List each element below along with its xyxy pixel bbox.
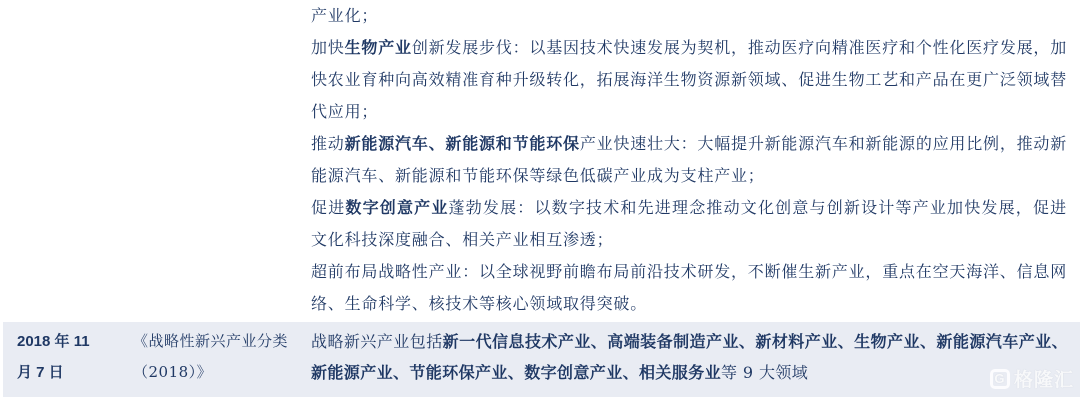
- document-title-line-2: （2018）》: [133, 357, 308, 388]
- text-run: 等 9 大领域: [721, 363, 808, 382]
- text-run: 加快: [311, 38, 345, 57]
- text-run: 创新发展步伐：以基因技术快速发展为契机，推动医疗向精准医疗和个性化医疗发展，加快…: [311, 38, 1067, 121]
- date-line-1: 2018 年 11: [17, 326, 127, 357]
- bold-term: 新能源汽车、新能源和节能环保: [345, 134, 580, 153]
- document-title-cell: 《战略性新兴产业分类 （2018）》: [133, 326, 308, 388]
- policy-table-page: 产业化； 加快生物产业创新发展步伐：以基因技术快速发展为契机，推动医疗向精准医疗…: [0, 0, 1080, 397]
- policy-paragraph: 产业化；: [311, 0, 1067, 32]
- policy-content-cell-continued: 产业化； 加快生物产业创新发展步伐：以基因技术快速发展为契机，推动医疗向精准医疗…: [311, 0, 1067, 320]
- text-run: 战略新兴产业包括: [311, 332, 443, 351]
- policy-paragraph: 加快生物产业创新发展步伐：以基因技术快速发展为契机，推动医疗向精准医疗和个性化医…: [311, 32, 1067, 128]
- text-run: 推动: [311, 134, 345, 153]
- text-run: 产业化；: [311, 6, 378, 25]
- bold-term: 生物产业: [345, 38, 412, 57]
- table-row-continued: 产业化； 加快生物产业创新发展步伐：以基因技术快速发展为契机，推动医疗向精准医疗…: [0, 0, 1080, 322]
- date-cell: 2018 年 11 月 7 日: [17, 326, 127, 388]
- policy-content-cell: 战略新兴产业包括新一代信息技术产业、高端装备制造产业、新材料产业、生物产业、新能…: [311, 326, 1068, 388]
- text-run: 促进: [311, 198, 345, 217]
- date-line-2: 月 7 日: [17, 357, 127, 388]
- table-row-2018: 2018 年 11 月 7 日 《战略性新兴产业分类 （2018）》 战略新兴产…: [0, 322, 1080, 397]
- bold-term: 数字创意产业: [345, 198, 448, 217]
- policy-paragraph: 超前布局战略性产业：以全球视野前瞻布局前沿技术研发，不断催生新产业，重点在空天海…: [311, 256, 1067, 320]
- document-title-line-1: 《战略性新兴产业分类: [133, 326, 308, 357]
- policy-paragraph: 促进数字创意产业蓬勃发展：以数字技术和先进理念推动文化创意与创新设计等产业加快发…: [311, 192, 1067, 256]
- text-run: 超前布局战略性产业：以全球视野前瞻布局前沿技术研发，不断催生新产业，重点在空天海…: [311, 262, 1067, 313]
- policy-paragraph: 推动新能源汽车、新能源和节能环保产业快速壮大：大幅提升新能源汽车和新能源的应用比…: [311, 128, 1067, 192]
